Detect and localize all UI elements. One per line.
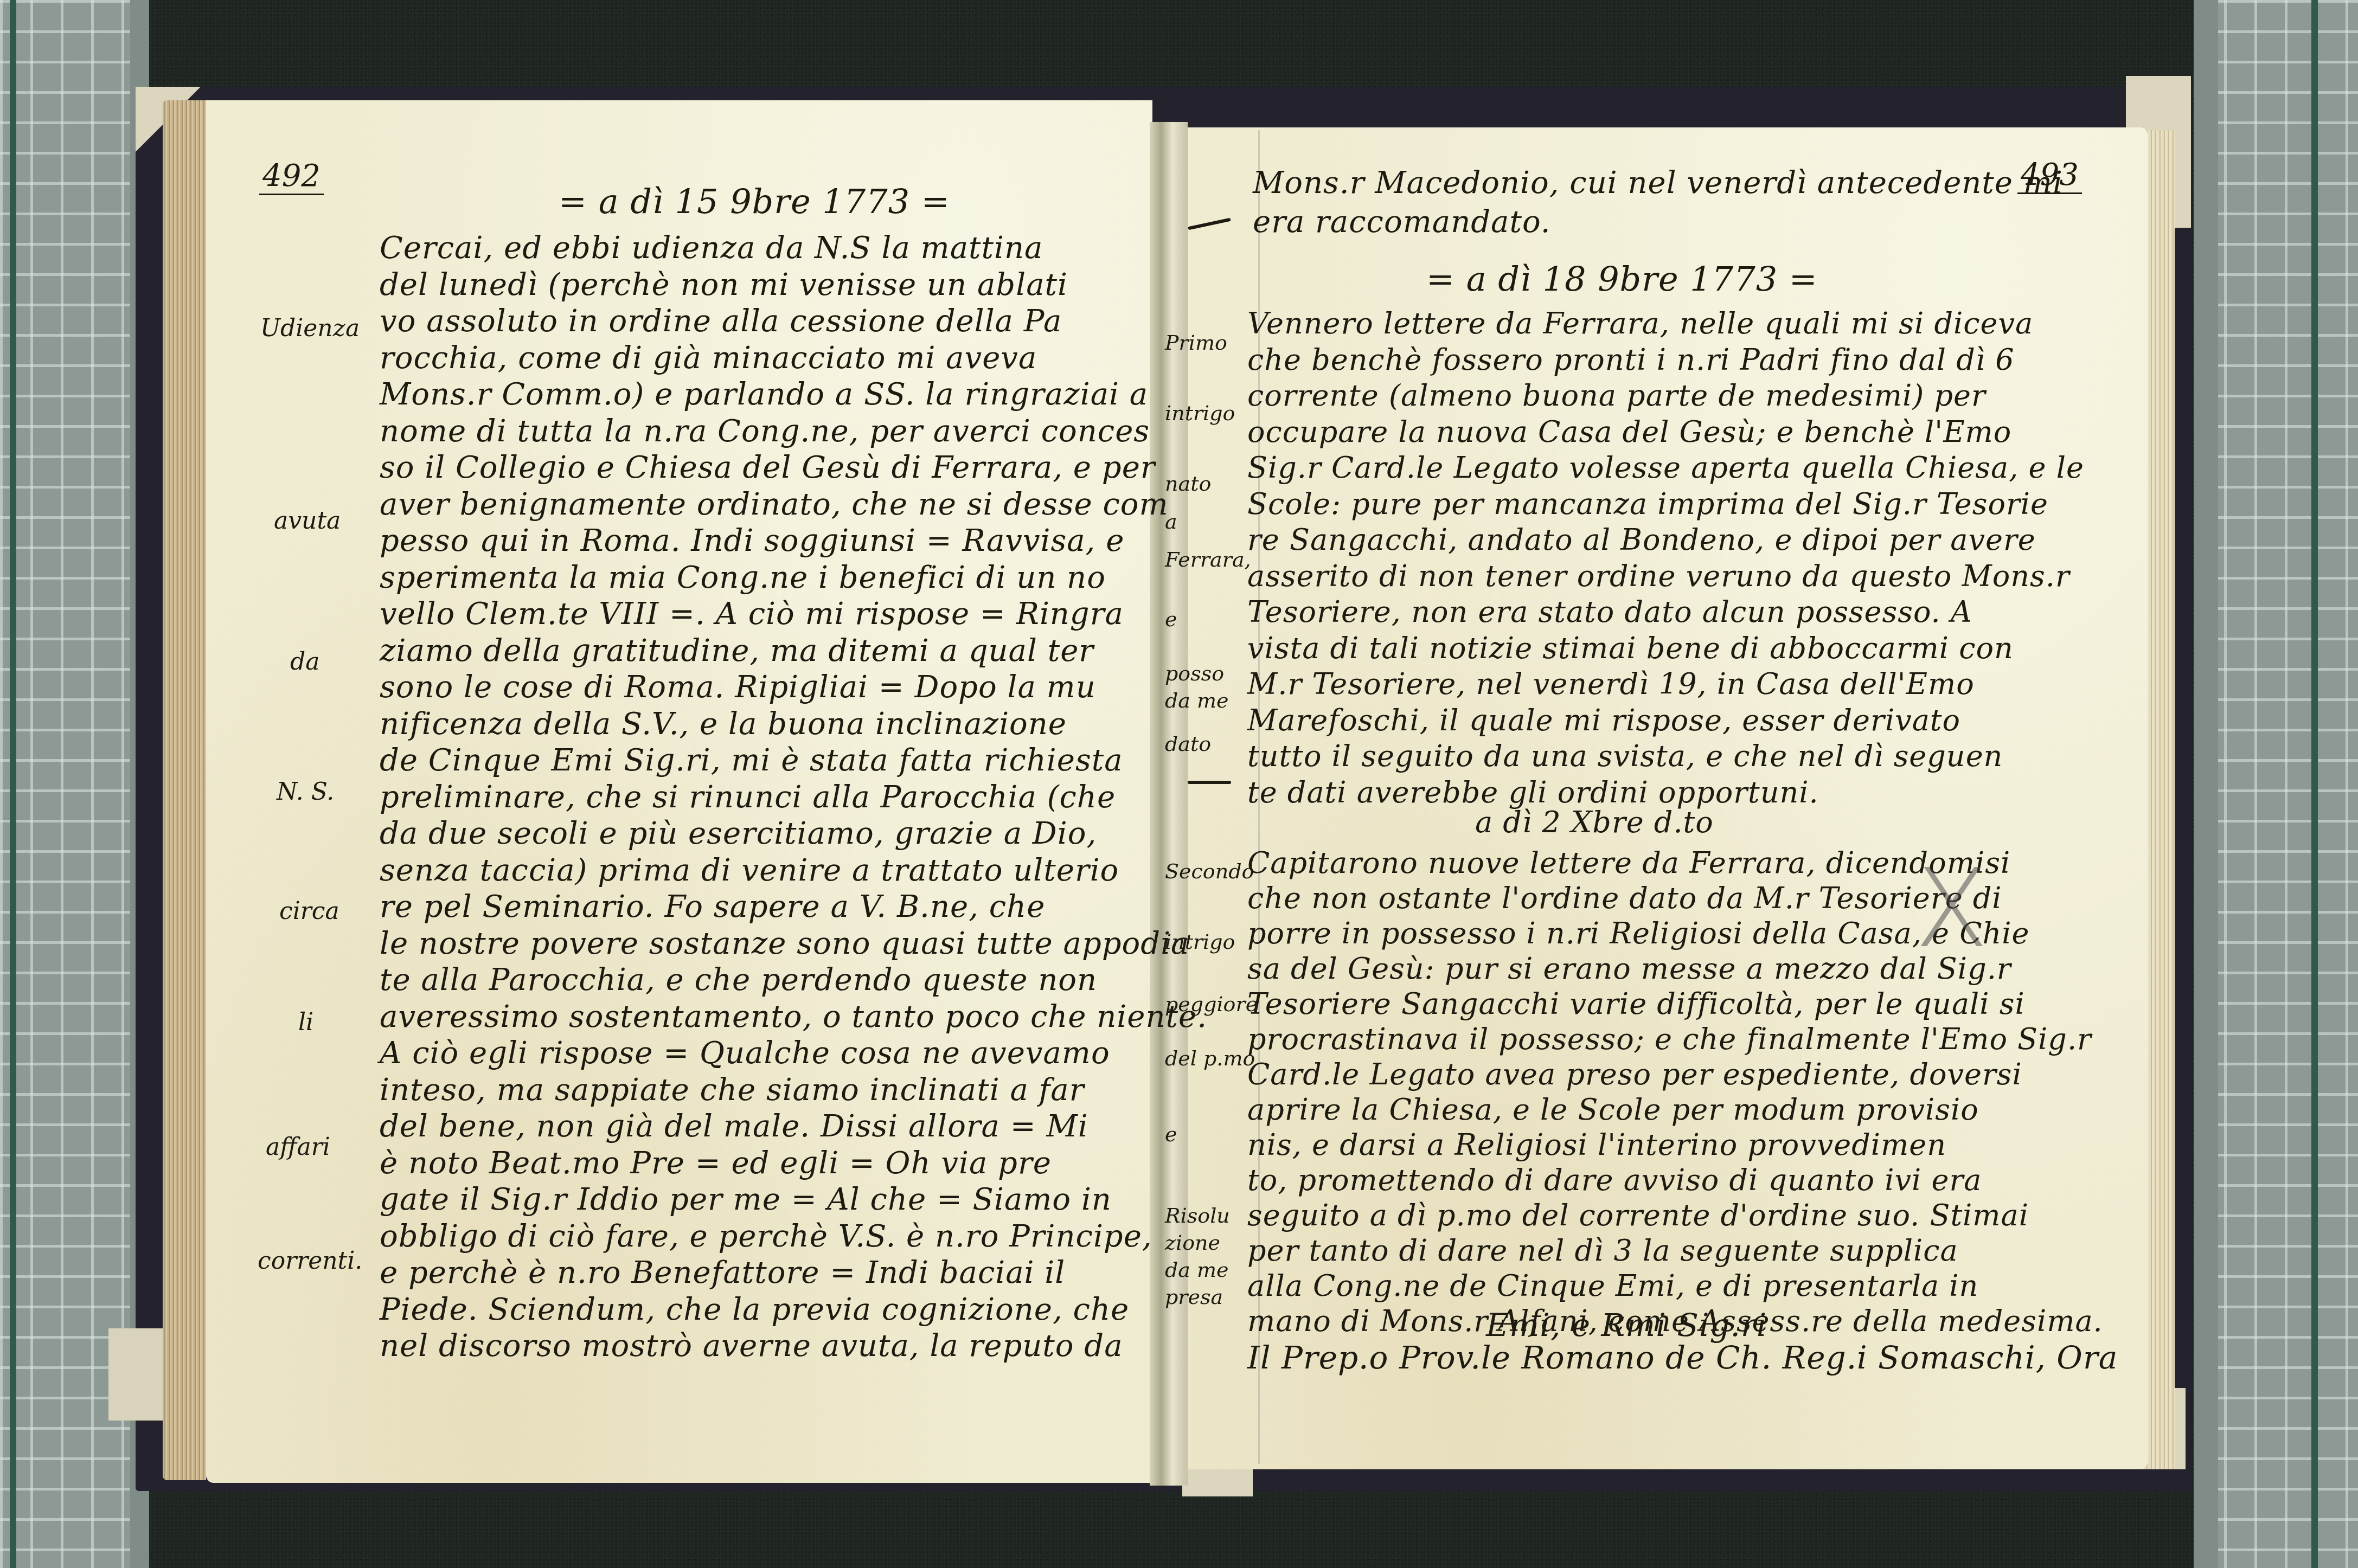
margin-note: zione xyxy=(1165,1231,1220,1255)
text-line: vista di tali notizie stimai bene di abb… xyxy=(1247,631,2014,665)
text-line: aver benignamente ordinato, che ne si de… xyxy=(380,487,1169,522)
text-line: Card.le Legato avea preso per espediente… xyxy=(1247,1057,2022,1091)
text-line: averessimo sostentamento, o tanto poco c… xyxy=(380,999,1207,1034)
text-line: Mons.r Comm.o) e parlando a SS. la ringr… xyxy=(380,377,1148,412)
text-line: del bene, non già del male. Dissi allora… xyxy=(380,1109,1088,1144)
margin-note: affari xyxy=(266,1133,330,1161)
text-line: Capitarono nuove lettere da Ferrara, dic… xyxy=(1247,846,2010,880)
margin-note: Risolu xyxy=(1165,1204,1230,1228)
text-line: Tesoriere, non era stato dato alcun poss… xyxy=(1247,595,1972,629)
text-line: Vennero lettere da Ferrara, nelle quali … xyxy=(1247,306,2033,340)
text-line: vo assoluto in ordine alla cessione dell… xyxy=(380,304,1062,339)
text-line: ziamo della gratitudine, ma ditemi a qua… xyxy=(380,633,1094,669)
text-line: to, promettendo di dare avviso di quanto… xyxy=(1247,1163,1982,1197)
text-line: re Sangacchi, andato al Bondeno, e dipoi… xyxy=(1247,523,2036,557)
text-line: corrente (almeno buona parte de medesimi… xyxy=(1247,378,1986,413)
margin-note: e xyxy=(1165,1122,1177,1146)
text-line: gate il Sig.r Iddio per me = Al che = Si… xyxy=(380,1182,1112,1217)
pencil-x-mark: X xyxy=(1914,846,1989,972)
margin-note: del p.mo xyxy=(1165,1046,1255,1070)
text-line: tutto il seguito da una svista, e che ne… xyxy=(1247,739,2003,773)
text-line: pesso qui in Roma. Indi soggiunsi = Ravv… xyxy=(380,523,1124,558)
petition-opening-line: Il Prep.o Prov.le Romano de Ch. Reg.i So… xyxy=(1247,1339,2118,1376)
text-line: sono le cose di Roma. Ripigliai = Dopo l… xyxy=(380,670,1096,705)
margin-note: circa xyxy=(279,897,339,925)
text-line: occupare la nuova Casa del Gesù; e bench… xyxy=(1247,415,2011,449)
margin-note: posso xyxy=(1165,661,1224,685)
text-line: che non ostante l'ordine dato da M.r Tes… xyxy=(1247,881,2002,915)
text-line: vello Clem.te VIII =. A ciò mi rispose =… xyxy=(380,596,1124,632)
margin-note: N. S. xyxy=(277,778,334,806)
margin-note: a xyxy=(1165,510,1177,534)
text-line: sa del Gesù: pur si erano messe a mezzo … xyxy=(1247,952,2011,986)
entry-date-heading: = a dì 15 9bre 1773 = xyxy=(559,182,950,221)
text-line: te alla Parocchia, e che perdendo queste… xyxy=(380,962,1097,998)
margin-note: Udienza xyxy=(260,314,360,342)
text-line: Tesoriere Sangacchi varie difficoltà, pe… xyxy=(1247,987,2025,1021)
text-line: inteso, ma sappiate che siamo inclinati … xyxy=(380,1072,1084,1108)
cutting-mat-right xyxy=(2194,0,2358,1568)
folio-number-left: 492 xyxy=(259,158,324,195)
text-line: preliminare, che si rinunci alla Parocch… xyxy=(380,780,1116,815)
text-line: del lunedì (perchè non mi venisse un abl… xyxy=(380,267,1068,303)
margin-dash-2 xyxy=(1188,781,1231,784)
text-line: de Cinque Emi Sig.ri, mi è stata fatta r… xyxy=(380,743,1123,778)
text-line: seguito a dì p.mo del corrente d'ordine … xyxy=(1247,1198,2029,1232)
page-edges-right xyxy=(2145,130,2175,1469)
margin-note: intrigo xyxy=(1165,930,1235,954)
margin-note: presa xyxy=(1165,1285,1223,1309)
margin-note: dato xyxy=(1165,732,1211,756)
margin-note: Primo xyxy=(1165,331,1227,355)
margin-note: correnti. xyxy=(258,1247,362,1275)
text-line: le nostre povere sostanze sono quasi tut… xyxy=(380,926,1189,961)
text-line: Piede. Sciendum, che la previa cognizion… xyxy=(380,1292,1129,1327)
text-line: te dati averebbe gli ordini opportuni. xyxy=(1247,775,1819,809)
text-line: per tanto di dare nel dì 3 la seguente s… xyxy=(1247,1233,1958,1268)
text-line: aprire la Chiesa, e le Scole per modum p… xyxy=(1247,1093,1979,1127)
cover-tab-bottom xyxy=(1182,1469,1253,1496)
text-line: so il Collegio e Chiesa del Gesù di Ferr… xyxy=(380,450,1156,485)
text-line: re pel Seminario. Fo sapere a V. B.ne, c… xyxy=(380,889,1045,924)
text-line: rocchia, come di già minacciato mi aveva xyxy=(380,340,1037,376)
margin-note: li xyxy=(298,1008,313,1036)
margin-note: Ferrara, xyxy=(1165,548,1251,571)
text-line: nome di tutta la n.ra Cong.ne, per averc… xyxy=(380,414,1150,449)
text-line: Sig.r Card.le Legato volesse aperta quel… xyxy=(1247,451,2084,485)
margin-note: nato xyxy=(1165,472,1211,496)
margin-note: avuta xyxy=(274,507,341,535)
text-line: Cercai, ed ebbi udienza da N.S la mattin… xyxy=(380,230,1043,266)
page-edges-left xyxy=(163,100,206,1480)
text-line: da due secoli e più esercitiamo, grazie … xyxy=(380,816,1097,851)
text-line: M.r Tesoriere, nel venerdì 19, in Casa d… xyxy=(1247,667,1975,701)
text-line: senza taccia) prima di venire a trattato… xyxy=(380,853,1119,888)
text-line: nis, e darsi a Religiosi l'interino prov… xyxy=(1247,1128,1946,1162)
margin-note: intrigo xyxy=(1165,401,1235,425)
text-line: sperimenta la mia Cong.ne i benefici di … xyxy=(380,560,1106,595)
text-line: che benchè fossero pronti i n.ri Padri f… xyxy=(1247,343,2015,377)
text-line: nificenza della S.V., e la buona inclina… xyxy=(380,706,1067,742)
mat-accent-line-left xyxy=(10,0,16,1568)
text-line: A ciò egli rispose = Qualche cosa ne ave… xyxy=(380,1036,1110,1071)
text-line: Marefoschi, il quale mi rispose, esser d… xyxy=(1247,703,1960,737)
margin-note: Secondo xyxy=(1165,859,1254,883)
mat-accent-line-right xyxy=(2311,0,2318,1568)
text-line: è noto Beat.mo Pre = ed egli = Oh via pr… xyxy=(380,1146,1052,1181)
margin-note: da xyxy=(290,648,319,676)
text-line: alla Cong.ne de Cinque Emi, e di present… xyxy=(1247,1269,1978,1303)
margin-note: da me xyxy=(1165,1258,1229,1282)
entry-date-heading-2-dec: a dì 2 Xbre d.to xyxy=(1475,805,1714,839)
text-line: Mons.r Macedonio, cui nel venerdì antece… xyxy=(1253,165,2063,201)
text-line: obbligo di ciò fare, e perchè V.S. è n.r… xyxy=(380,1219,1152,1254)
text-line: asserito di non tener ordine veruno da q… xyxy=(1247,559,2070,593)
mat-edge-strip-right xyxy=(2194,0,2218,1568)
text-line: era raccomandato. xyxy=(1253,204,1551,240)
text-line: porre in possesso i n.ri Religiosi della… xyxy=(1247,916,2030,950)
text-line: e perchè è n.ro Benefattore = Indi bacia… xyxy=(380,1255,1065,1290)
entry-date-heading-18-nov: = a dì 18 9bre 1773 = xyxy=(1426,259,1818,299)
text-line: nel discorso mostrò averne avuta, la rep… xyxy=(380,1328,1123,1364)
margin-note: e xyxy=(1165,607,1177,631)
text-line: Scole: pure per mancanza imprima del Sig… xyxy=(1247,487,2048,521)
margin-note: da me xyxy=(1165,689,1229,712)
petition-salutation: Emi, e Rmi Sig.ri xyxy=(1486,1307,1767,1344)
margin-note: peggiore xyxy=(1165,992,1258,1016)
text-line: procrastinava il possesso; e che finalme… xyxy=(1247,1022,2092,1056)
